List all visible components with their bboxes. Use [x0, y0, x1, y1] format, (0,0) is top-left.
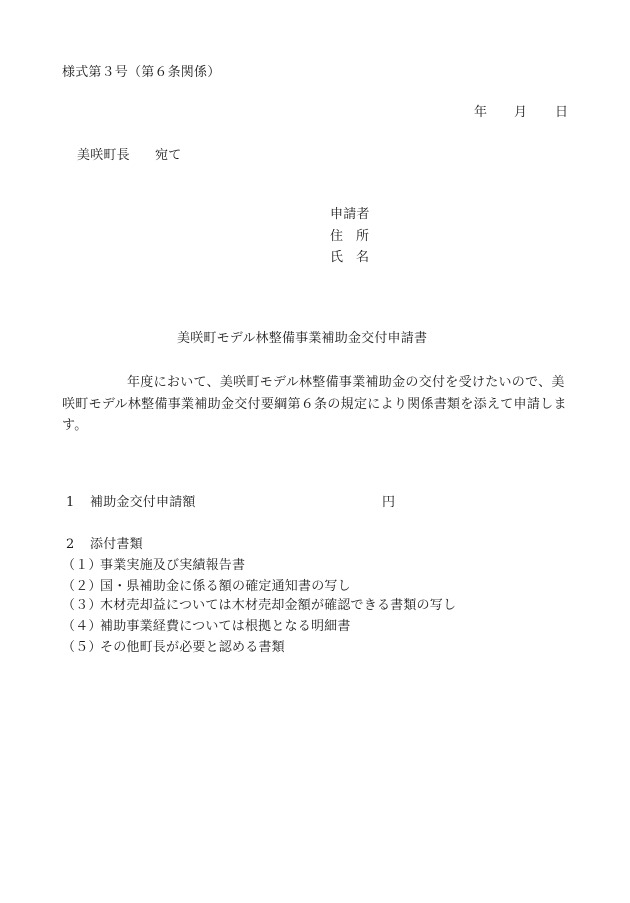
item1-number: 1 — [66, 495, 90, 511]
address-label-part1: 住 — [330, 229, 356, 245]
date-month-label: 月 — [514, 105, 527, 121]
attachment-number: （５） — [62, 640, 100, 656]
addressee-suffix: 宛て — [155, 148, 181, 163]
addressee: 美咲町長宛て — [77, 148, 181, 164]
attachment-number: （１） — [62, 558, 100, 574]
attachment-number: （３） — [62, 598, 100, 614]
attachment-text: 木材売却益については木材売却金額が確認できる書類の写し — [100, 598, 456, 613]
applicant-name-label: 氏名 — [330, 250, 369, 266]
item1-label: 補助金交付申請額 — [90, 495, 196, 510]
attachment-text: 事業実施及び実績報告書 — [100, 558, 245, 573]
name-label-part2: 名 — [356, 250, 369, 265]
body-paragraph: 年度において、美咲町モデル林整備事業補助金の交付を受けたいので、美咲町モデル林整… — [62, 372, 574, 437]
attachment-item: （１）事業実施及び実績報告書 — [62, 558, 245, 574]
applicant-address-label: 住所 — [330, 229, 369, 245]
attachment-text: 補助事業経費については根拠となる明細書 — [100, 619, 351, 634]
date-year-label: 年 — [474, 105, 487, 121]
attachment-text: その他町長が必要と認める書類 — [100, 640, 285, 655]
item-application-amount: 1補助金交付申請額 円 — [66, 495, 196, 511]
item-attachments-heading: 2添付書類 — [66, 537, 143, 553]
document-page: 様式第３号（第６条関係） 年 月 日 美咲町長宛て 申請者 住所 氏名 美咲町モ… — [0, 0, 630, 903]
attachment-item: （５）その他町長が必要と認める書類 — [62, 640, 285, 656]
item2-number: 2 — [66, 537, 90, 553]
form-number: 様式第３号（第６条関係） — [62, 65, 220, 81]
name-label-part1: 氏 — [330, 250, 356, 266]
item1-unit: 円 — [382, 495, 395, 511]
attachment-item: （２）国・県補助金に係る額の確定通知書の写し — [62, 579, 351, 595]
applicant-label: 申請者 — [330, 207, 370, 223]
item2-label: 添付書類 — [90, 537, 143, 552]
document-title: 美咲町モデル林整備事業補助金交付申請書 — [177, 331, 427, 347]
date-day-label: 日 — [555, 105, 568, 121]
attachment-number: （４） — [62, 619, 100, 635]
body-text: 年度において、美咲町モデル林整備事業補助金の交付を受けたいので、美咲町モデル林整… — [62, 375, 567, 433]
address-label-part2: 所 — [356, 229, 369, 244]
attachment-item: （３）木材売却益については木材売却金額が確認できる書類の写し — [62, 598, 456, 614]
attachment-item: （４）補助事業経費については根拠となる明細書 — [62, 619, 351, 635]
attachment-number: （２） — [62, 579, 100, 595]
attachment-text: 国・県補助金に係る額の確定通知書の写し — [100, 579, 351, 594]
addressee-name: 美咲町長 — [77, 148, 155, 164]
